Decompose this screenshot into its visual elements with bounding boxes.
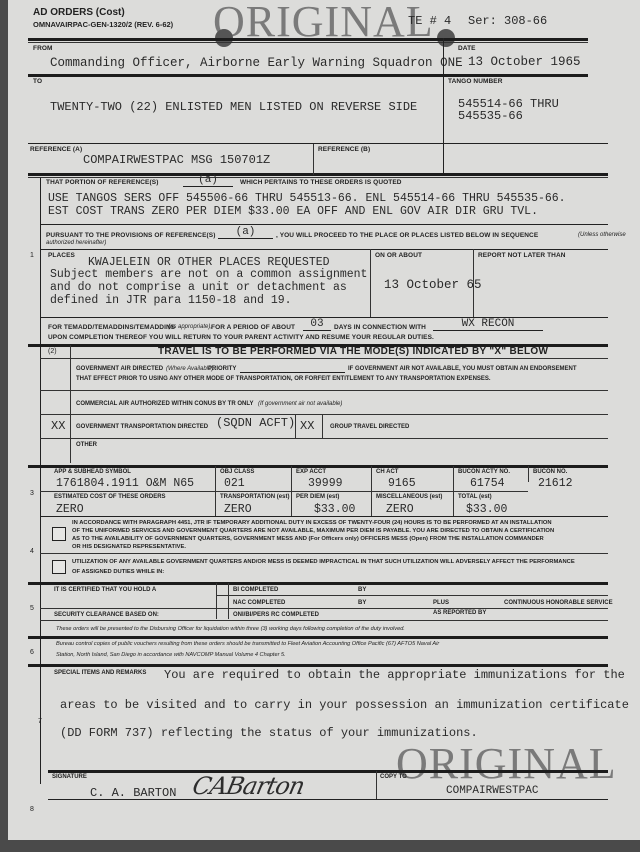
- quarters-certification-checkbox[interactable]: [52, 527, 66, 541]
- quarters-para1-line2: OF THE UNIFORMED SERVICES AND GOVERNMENT…: [72, 528, 554, 534]
- divider: [40, 516, 608, 517]
- pursuant-ref: (a): [218, 226, 273, 239]
- quoted-label-pre: THAT PORTION OF REFERENCE(S): [46, 179, 158, 186]
- divider: [40, 224, 608, 225]
- cost-value-per-diem: $33.00: [314, 503, 355, 516]
- reference-a-label: REFERENCE (a): [30, 146, 82, 153]
- acct-value-obj: 021: [224, 477, 245, 490]
- cost-header-transportation: TRANSPORTATION (est): [220, 494, 289, 500]
- te-number: TE # 4: [408, 14, 451, 28]
- divider: [28, 38, 588, 41]
- presented-note: These orders will be presented to the Di…: [56, 626, 405, 632]
- acct-value-app: 1761804.1911 O&M N65: [56, 477, 194, 490]
- pursuant-note: (Unless otherwise: [578, 232, 626, 238]
- commercial-label: COMMERCIAL AIR AUTHORIZED WITHIN CONUS B…: [76, 401, 253, 407]
- copy-to-label: COPY TO: [380, 774, 407, 780]
- tempdu-purpose: WX RECON: [433, 318, 543, 331]
- acct-header-obj: OBJ CLASS: [220, 469, 254, 475]
- to-value: TWENTY-TWO (22) ENLISTED MEN LISTED ON R…: [50, 100, 417, 114]
- divider-vertical: [528, 466, 529, 482]
- copy-to-value: COMPAIRWESTPAC: [446, 785, 538, 797]
- gov-air-label: GOVERNMENT AIR DIRECTED: [76, 366, 163, 372]
- from-value: Commanding Officer, Airborne Early Warni…: [50, 56, 463, 70]
- divider: [28, 177, 608, 178]
- on-or-about-value: 13 October 65: [384, 278, 482, 292]
- tempdu-label-days: DAYS IN CONNECTION WITH: [334, 324, 426, 331]
- row-number-4: 4: [30, 548, 34, 555]
- report-label: REPORT NOT LATER THAN: [478, 252, 566, 259]
- divider-vertical: [216, 583, 217, 619]
- other-label: OTHER: [76, 442, 97, 448]
- places-line4: defined in JTR para 1150-18 and 19.: [50, 294, 292, 307]
- bureau-line2: Station, North Island, San Diego in acco…: [56, 652, 286, 658]
- row-number-1: 1: [30, 252, 34, 259]
- row-number-8: 8: [30, 806, 34, 813]
- gov-trans-mark[interactable]: XX: [51, 419, 65, 433]
- pursuant-label-pre: PURSUANT TO THE PROVISIONS OF REFERENCE(…: [46, 232, 215, 239]
- group-travel-label: GROUP TRAVEL DIRECTED: [330, 424, 409, 430]
- commercial-note: (If government air not available): [258, 401, 342, 407]
- acct-value-ch: 9165: [388, 477, 416, 490]
- on-or-about-label: ON OR ABOUT: [375, 252, 422, 259]
- reference-b-label: REFERENCE (b): [318, 146, 370, 153]
- acct-value-exp: 39999: [308, 477, 343, 490]
- quoted-ref: (a): [183, 174, 233, 187]
- cost-value-misc: ZERO: [386, 503, 414, 516]
- from-label: FROM: [33, 45, 53, 52]
- cost-header-estimated: ESTIMATED COST OF THESE ORDERS: [54, 494, 166, 500]
- clearance-label: SECURITY CLEARANCE BASED ON:: [54, 612, 159, 618]
- row-number-5: 5: [30, 605, 34, 612]
- places-label: PLACES: [48, 252, 75, 259]
- row-number-2: (2): [48, 348, 57, 355]
- as-reported-by: AS REPORTED BY: [433, 610, 486, 616]
- quarters-para1-line3: AS TO THE AVAILABILITY OF GOVERNMENT QUA…: [72, 536, 544, 542]
- priority-field[interactable]: [240, 372, 345, 373]
- form-number: OMNAVAIRPAC-GEN-1320/2 (REV. 6-62): [33, 20, 173, 29]
- pursuant-label-post: , YOU WILL PROCEED TO THE PLACE OR PLACE…: [276, 232, 538, 239]
- divider: [40, 358, 608, 359]
- divider: [28, 173, 608, 176]
- bureau-line1: Bureau control copies of public vouchers…: [56, 641, 439, 647]
- by-label-2: BY: [358, 600, 366, 606]
- order-document: AD ORDERS (Cost) OMNAVAIRPAC-GEN-1320/2 …: [8, 0, 640, 840]
- form-title: AD ORDERS (Cost): [33, 7, 125, 18]
- tempdu-line2: UPON COMPLETION THEREOF YOU WILL RETURN …: [48, 334, 434, 341]
- divider-vertical: [370, 249, 371, 317]
- row-number-3: 3: [30, 490, 34, 497]
- quarters-impractical-checkbox[interactable]: [52, 560, 66, 574]
- divider-vertical: [313, 143, 314, 175]
- divider-vertical: [70, 345, 71, 463]
- by-label-1: BY: [358, 587, 366, 593]
- divider-vertical: [228, 583, 229, 619]
- tempdu-days: 03: [303, 318, 331, 331]
- gov-trans-value: (SQDN ACFT): [216, 416, 295, 430]
- places-line2: Subject members are not on a common assi…: [50, 268, 367, 281]
- divider: [40, 553, 608, 554]
- divider: [40, 491, 528, 492]
- continuous-service: CONTINUOUS HONORABLE SERVICE: [504, 600, 613, 606]
- travel-heading: TRAVEL IS TO BE PERFORMED VIA THE MODE(S…: [158, 346, 548, 357]
- divider: [40, 620, 608, 621]
- acct-header-bucon-acty: BUCON ACTY NO.: [458, 469, 510, 475]
- divider: [40, 438, 608, 439]
- divider: [28, 74, 588, 77]
- tempdu-label-pre: FOR TEMADD/TEMADDINS/TEMADDINS: [48, 324, 175, 331]
- acct-value-bucon: 21612: [538, 477, 573, 490]
- plus-label: PLUS: [433, 600, 449, 606]
- cost-value-transportation: ZERO: [224, 503, 252, 516]
- gov-air-line2: THAT EFFECT PRIOR TO USING ANY OTHER MOD…: [76, 376, 491, 382]
- serial-number: Ser: 308-66: [468, 14, 547, 28]
- divider: [40, 414, 608, 415]
- gov-trans-label: GOVERNMENT TRANSPORTATION DIRECTED: [76, 424, 208, 430]
- quoted-label-post: WHICH PERTAINS TO THESE ORDERS IS QUOTED: [240, 179, 402, 186]
- signature-script: CABarton: [190, 772, 307, 800]
- divider-vertical: [322, 414, 323, 438]
- special-line1: You are required to obtain the appropria…: [164, 668, 625, 682]
- quarters-para1-line1: IN ACCORDANCE WITH PARAGRAPH 4451, JTR I…: [72, 520, 552, 526]
- divider-vertical: [376, 771, 377, 799]
- divider-vertical: [473, 249, 474, 317]
- cost-value-total: $33.00: [466, 503, 507, 516]
- group-travel-mark[interactable]: XX: [300, 419, 314, 433]
- gov-air-post: IF GOVERNMENT AIR NOT AVAILABLE, YOU MUS…: [348, 366, 577, 372]
- acct-header-exp: EXP ACCT: [296, 469, 326, 475]
- oni-completed: ONI/BI/PERS RC COMPLETED: [233, 612, 319, 618]
- quarters-para1-line4: OR HIS DESIGNATED REPRESENTATIVE.: [72, 544, 186, 550]
- acct-value-bucon-acty: 61754: [470, 477, 505, 490]
- tango-line2: 545535-66: [458, 110, 523, 122]
- divider: [28, 582, 608, 585]
- original-stamp-bottom: ORIGINAL: [396, 738, 617, 789]
- acct-header-app: APP & SUBHEAD SYMBOL: [54, 469, 131, 475]
- left-frame-line: [40, 178, 41, 784]
- row-number-6: 6: [30, 649, 34, 656]
- divider: [40, 249, 608, 250]
- quarters-para2-line2: OF ASSIGNED DUTIES WHILE IN:: [72, 569, 164, 575]
- divider: [48, 799, 608, 800]
- divider: [28, 664, 608, 667]
- divider: [28, 465, 608, 468]
- row-number-7: 7: [38, 718, 42, 725]
- pursuant-note2: authorized hereinafter): [46, 240, 106, 246]
- divider: [28, 42, 588, 43]
- to-label: TO: [33, 78, 42, 85]
- cost-header-misc: MISCELLANEOUS (est): [376, 494, 442, 500]
- quoted-line1: USE TANGOS SERS OFF 545506-66 THRU 54551…: [48, 192, 566, 205]
- quarters-para2-line1: UTILIZATION OF ANY AVAILABLE GOVERNMENT …: [72, 559, 575, 565]
- divider: [216, 595, 608, 596]
- acct-header-ch: CH ACT: [376, 469, 398, 475]
- divider-vertical: [443, 38, 444, 173]
- date-label: DATE: [458, 45, 476, 52]
- date-value: 13 October 1965: [468, 55, 581, 69]
- nac-completed: NAC COMPLETED: [233, 600, 285, 606]
- places-line3: and do not comprise a unit or detachment…: [50, 281, 347, 294]
- divider: [40, 608, 608, 609]
- divider: [48, 770, 608, 773]
- cost-header-per-diem: PER DIEM (est): [296, 494, 339, 500]
- cost-header-total: TOTAL (est): [458, 494, 492, 500]
- certified-label: IT IS CERTIFIED THAT YOU HOLD A: [54, 587, 156, 593]
- special-line2: areas to be visited and to carry in your…: [60, 698, 629, 712]
- signer-name: C. A. BARTON: [90, 786, 176, 800]
- divider: [28, 636, 608, 639]
- priority-label: PRIORITY: [208, 366, 236, 372]
- divider-vertical: [295, 414, 296, 438]
- tango-label: TANGO NUMBER: [448, 78, 503, 85]
- divider: [40, 390, 608, 391]
- divider: [28, 143, 608, 144]
- cost-value-estimated: ZERO: [56, 503, 84, 516]
- tempdu-label-mid: FOR A PERIOD OF ABOUT: [211, 324, 295, 331]
- reference-a-value: COMPAIRWESTPAC MSG 150701Z: [83, 153, 270, 167]
- quoted-line2: EST COST TRANS ZERO PER DIEM $33.00 EA O…: [48, 205, 538, 218]
- bi-completed: BI COMPLETED: [233, 587, 278, 593]
- signature-label: SIGNATURE: [52, 774, 87, 780]
- acct-header-bucon: BUCON NO.: [533, 469, 567, 475]
- tempdu-note: (as appropriate),: [168, 324, 212, 330]
- special-label: SPECIAL ITEMS AND REMARKS: [54, 670, 146, 676]
